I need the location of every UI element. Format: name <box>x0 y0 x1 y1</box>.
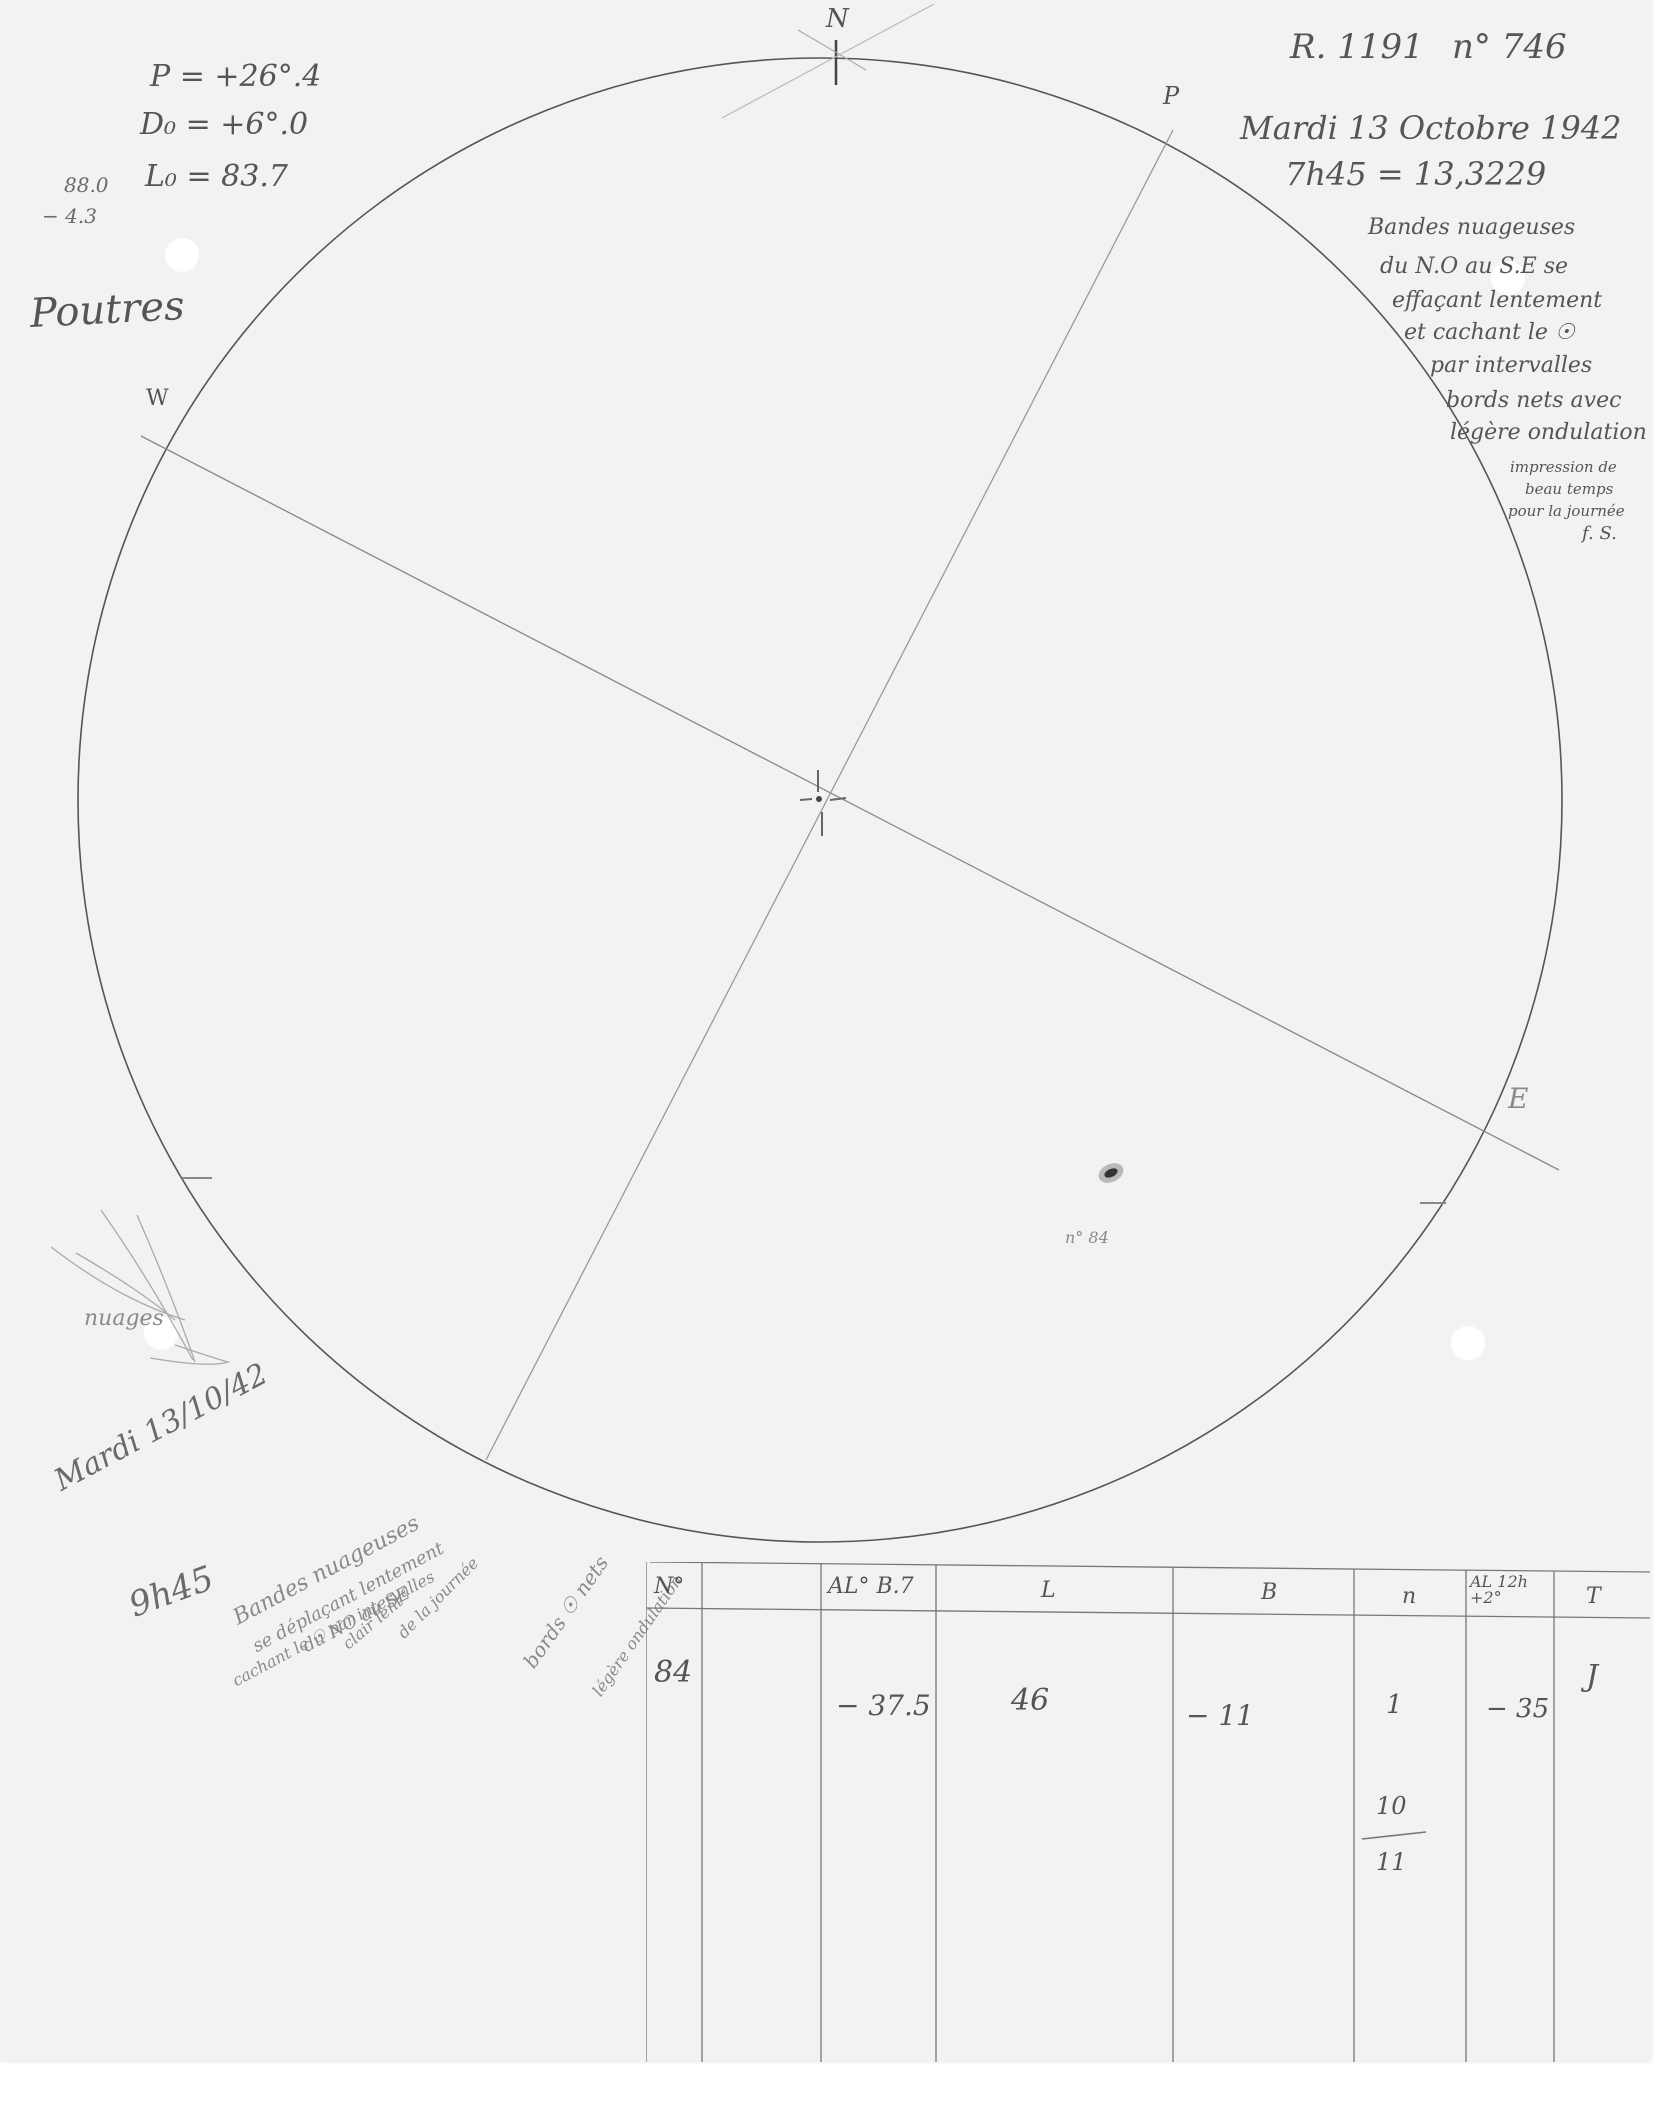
ephemeris-p: P = +26°.4 <box>150 62 321 92</box>
ephemeris-d0: D₀ = +6°.0 <box>140 110 308 140</box>
note-line: beau temps <box>1525 482 1613 497</box>
north-label: N <box>826 6 849 32</box>
note-line: f. S. <box>1582 525 1617 543</box>
cell-t: J <box>1586 1662 1598 1692</box>
ephemeris-calc-2: − 4.3 <box>42 206 97 226</box>
fraction-bar <box>1362 1832 1426 1839</box>
header-n: n <box>1402 1586 1416 1608</box>
observation-date: Mardi 13 Octobre 1942 <box>1240 112 1622 144</box>
note-line: pour la journée <box>1508 504 1625 519</box>
observer-note: Poutres <box>29 286 185 334</box>
fraction-denominator: 11 <box>1376 1850 1407 1874</box>
cell-n: 1 <box>1386 1692 1403 1718</box>
rotation-number: R. 1191 <box>1290 30 1424 64</box>
cell-al-b7: − 37.5 <box>836 1692 931 1720</box>
note-line: bords nets avec <box>1446 390 1621 412</box>
note-line: du N.O au S.E se <box>1380 256 1568 278</box>
cell-number: 84 <box>654 1658 692 1688</box>
west-label: W <box>146 388 169 410</box>
note-line: légère ondulation <box>1450 422 1647 444</box>
drawing-sheet: N W E P n° 84 P = +26°.4 D₀ = +6°.0 L₀ =… <box>0 0 1650 2062</box>
drawing-number: n° 746 <box>1452 30 1567 64</box>
header-al-b7: AL° B.7 <box>828 1576 914 1598</box>
note-line: et cachant le ☉ <box>1404 322 1575 344</box>
sunspot-table: N° AL° B.7 L B n AL 12h +2° T 84 − 37.5 … <box>646 1562 1650 2062</box>
cell-b: − 11 <box>1186 1702 1254 1730</box>
cell-l: 46 <box>1011 1686 1049 1716</box>
sunspot-label: n° 84 <box>1065 1230 1109 1246</box>
disk-center-mark <box>800 770 846 836</box>
note-line: effaçant lentement <box>1392 290 1602 312</box>
observation-time: 7h45 = 13,3229 <box>1285 158 1546 190</box>
east-label: E <box>1508 1085 1528 1113</box>
sunspot-84 <box>1095 1159 1126 1186</box>
ephemeris-calc-1: 88.0 <box>64 175 109 195</box>
cloud-sketch-label: nuages <box>84 1308 164 1330</box>
cell-al-12h: − 35 <box>1486 1696 1549 1722</box>
header-al-12h: AL 12h +2° <box>1470 1574 1550 1606</box>
pole-label: P <box>1163 84 1179 108</box>
note-line: impression de <box>1510 460 1617 475</box>
header-l: L <box>1041 1580 1056 1602</box>
note-line: Bandes nuageuses <box>1368 217 1575 239</box>
ephemeris-l0: L₀ = 83.7 <box>145 162 288 192</box>
header-number: N° <box>654 1576 684 1598</box>
header-b: B <box>1261 1582 1277 1604</box>
header-t: T <box>1586 1586 1601 1608</box>
rotation-axis-line <box>486 130 1173 1460</box>
cloud-band-sketch <box>51 1210 228 1364</box>
east-west-line <box>141 436 1559 1170</box>
note-line: par intervalles <box>1430 355 1592 377</box>
fraction-numerator: 10 <box>1376 1794 1407 1818</box>
